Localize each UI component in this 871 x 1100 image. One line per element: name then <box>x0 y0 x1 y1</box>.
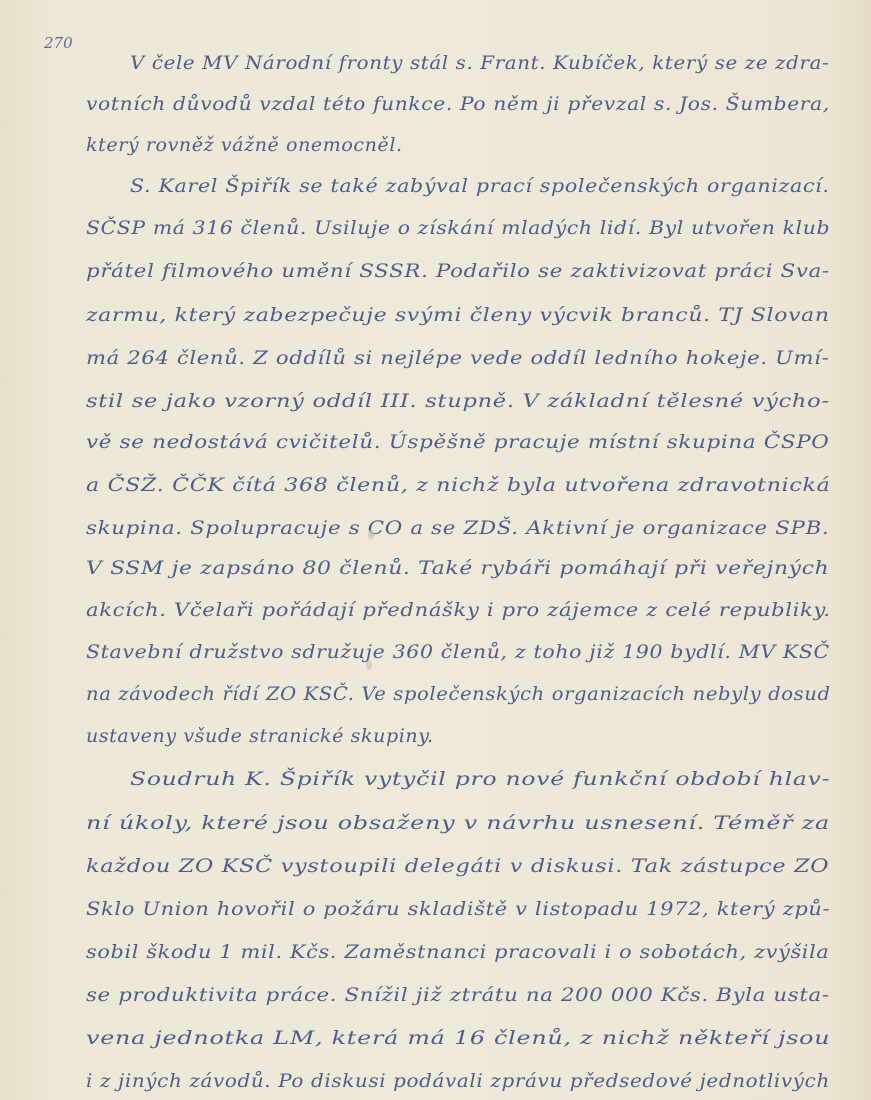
text-line: akcích. Včelaři pořádají přednášky i pro… <box>86 599 831 621</box>
text-line: ní úkoly, které jsou obsaženy v návrhu u… <box>86 812 830 834</box>
text-line: a ČSŽ. ČČK čítá 368 členů, z nichž byla … <box>86 474 830 496</box>
text-line: S. Karel Špiřík se také zabýval prací sp… <box>130 175 830 197</box>
text-line: stil se jako vzorný oddíl III. stupně. V… <box>86 390 830 412</box>
text-line: zarmu, který zabezpečuje svými členy výc… <box>86 304 830 326</box>
text-line: má 264 členů. Z oddílů si nejlépe vede o… <box>86 347 829 369</box>
paper-smudge <box>366 660 372 670</box>
text-line: vena jednotka LM, která má 16 členů, z n… <box>86 1027 830 1049</box>
text-line: se produktivita práce. Snížil již ztrátu… <box>86 984 830 1006</box>
text-line: každou ZO KSČ vystoupili delegáti v disk… <box>86 855 829 877</box>
text-line: Sklo Union hovořil o požáru skladiště v … <box>86 898 830 920</box>
text-line: Stavební družstvo sdružuje 360 členů, z … <box>86 641 830 663</box>
text-line: i z jiných závodů. Po diskusi podávali z… <box>86 1070 830 1092</box>
text-line: SČSP má 316 členů. Usiluje o získání mla… <box>86 217 830 239</box>
text-line: na závodech řídí ZO KSČ. Ve společenskýc… <box>86 683 831 705</box>
text-line: který rovněž vážně onemocněl. <box>86 134 403 156</box>
text-line: ustaveny všude stranické skupiny. <box>86 725 434 747</box>
text-line: sobil škodu 1 mil. Kčs. Zaměstnanci prac… <box>86 941 829 963</box>
paper-smudge <box>368 530 374 540</box>
page-number: 270 <box>44 34 73 52</box>
text-line: vě se nedostává cvičitelů. Úspěšně pracu… <box>86 431 830 453</box>
text-line: Soudruh K. Špiřík vytyčil pro nové funkč… <box>130 768 830 790</box>
text-line: přátel filmového umění SSSR. Podařilo se… <box>86 260 830 282</box>
text-line: V SSM je zapsáno 80 členů. Také rybáři p… <box>86 557 829 579</box>
text-line: V čele MV Národní fronty stál s. Frant. … <box>130 52 829 74</box>
handwritten-chronicle-page: 270 V čele MV Národní fronty stál s. Fra… <box>0 0 871 1100</box>
text-line: votních důvodů vzdal této funkce. Po něm… <box>86 93 830 115</box>
text-line: skupina. Spolupracuje s CO a se ZDŠ. Akt… <box>86 517 829 539</box>
